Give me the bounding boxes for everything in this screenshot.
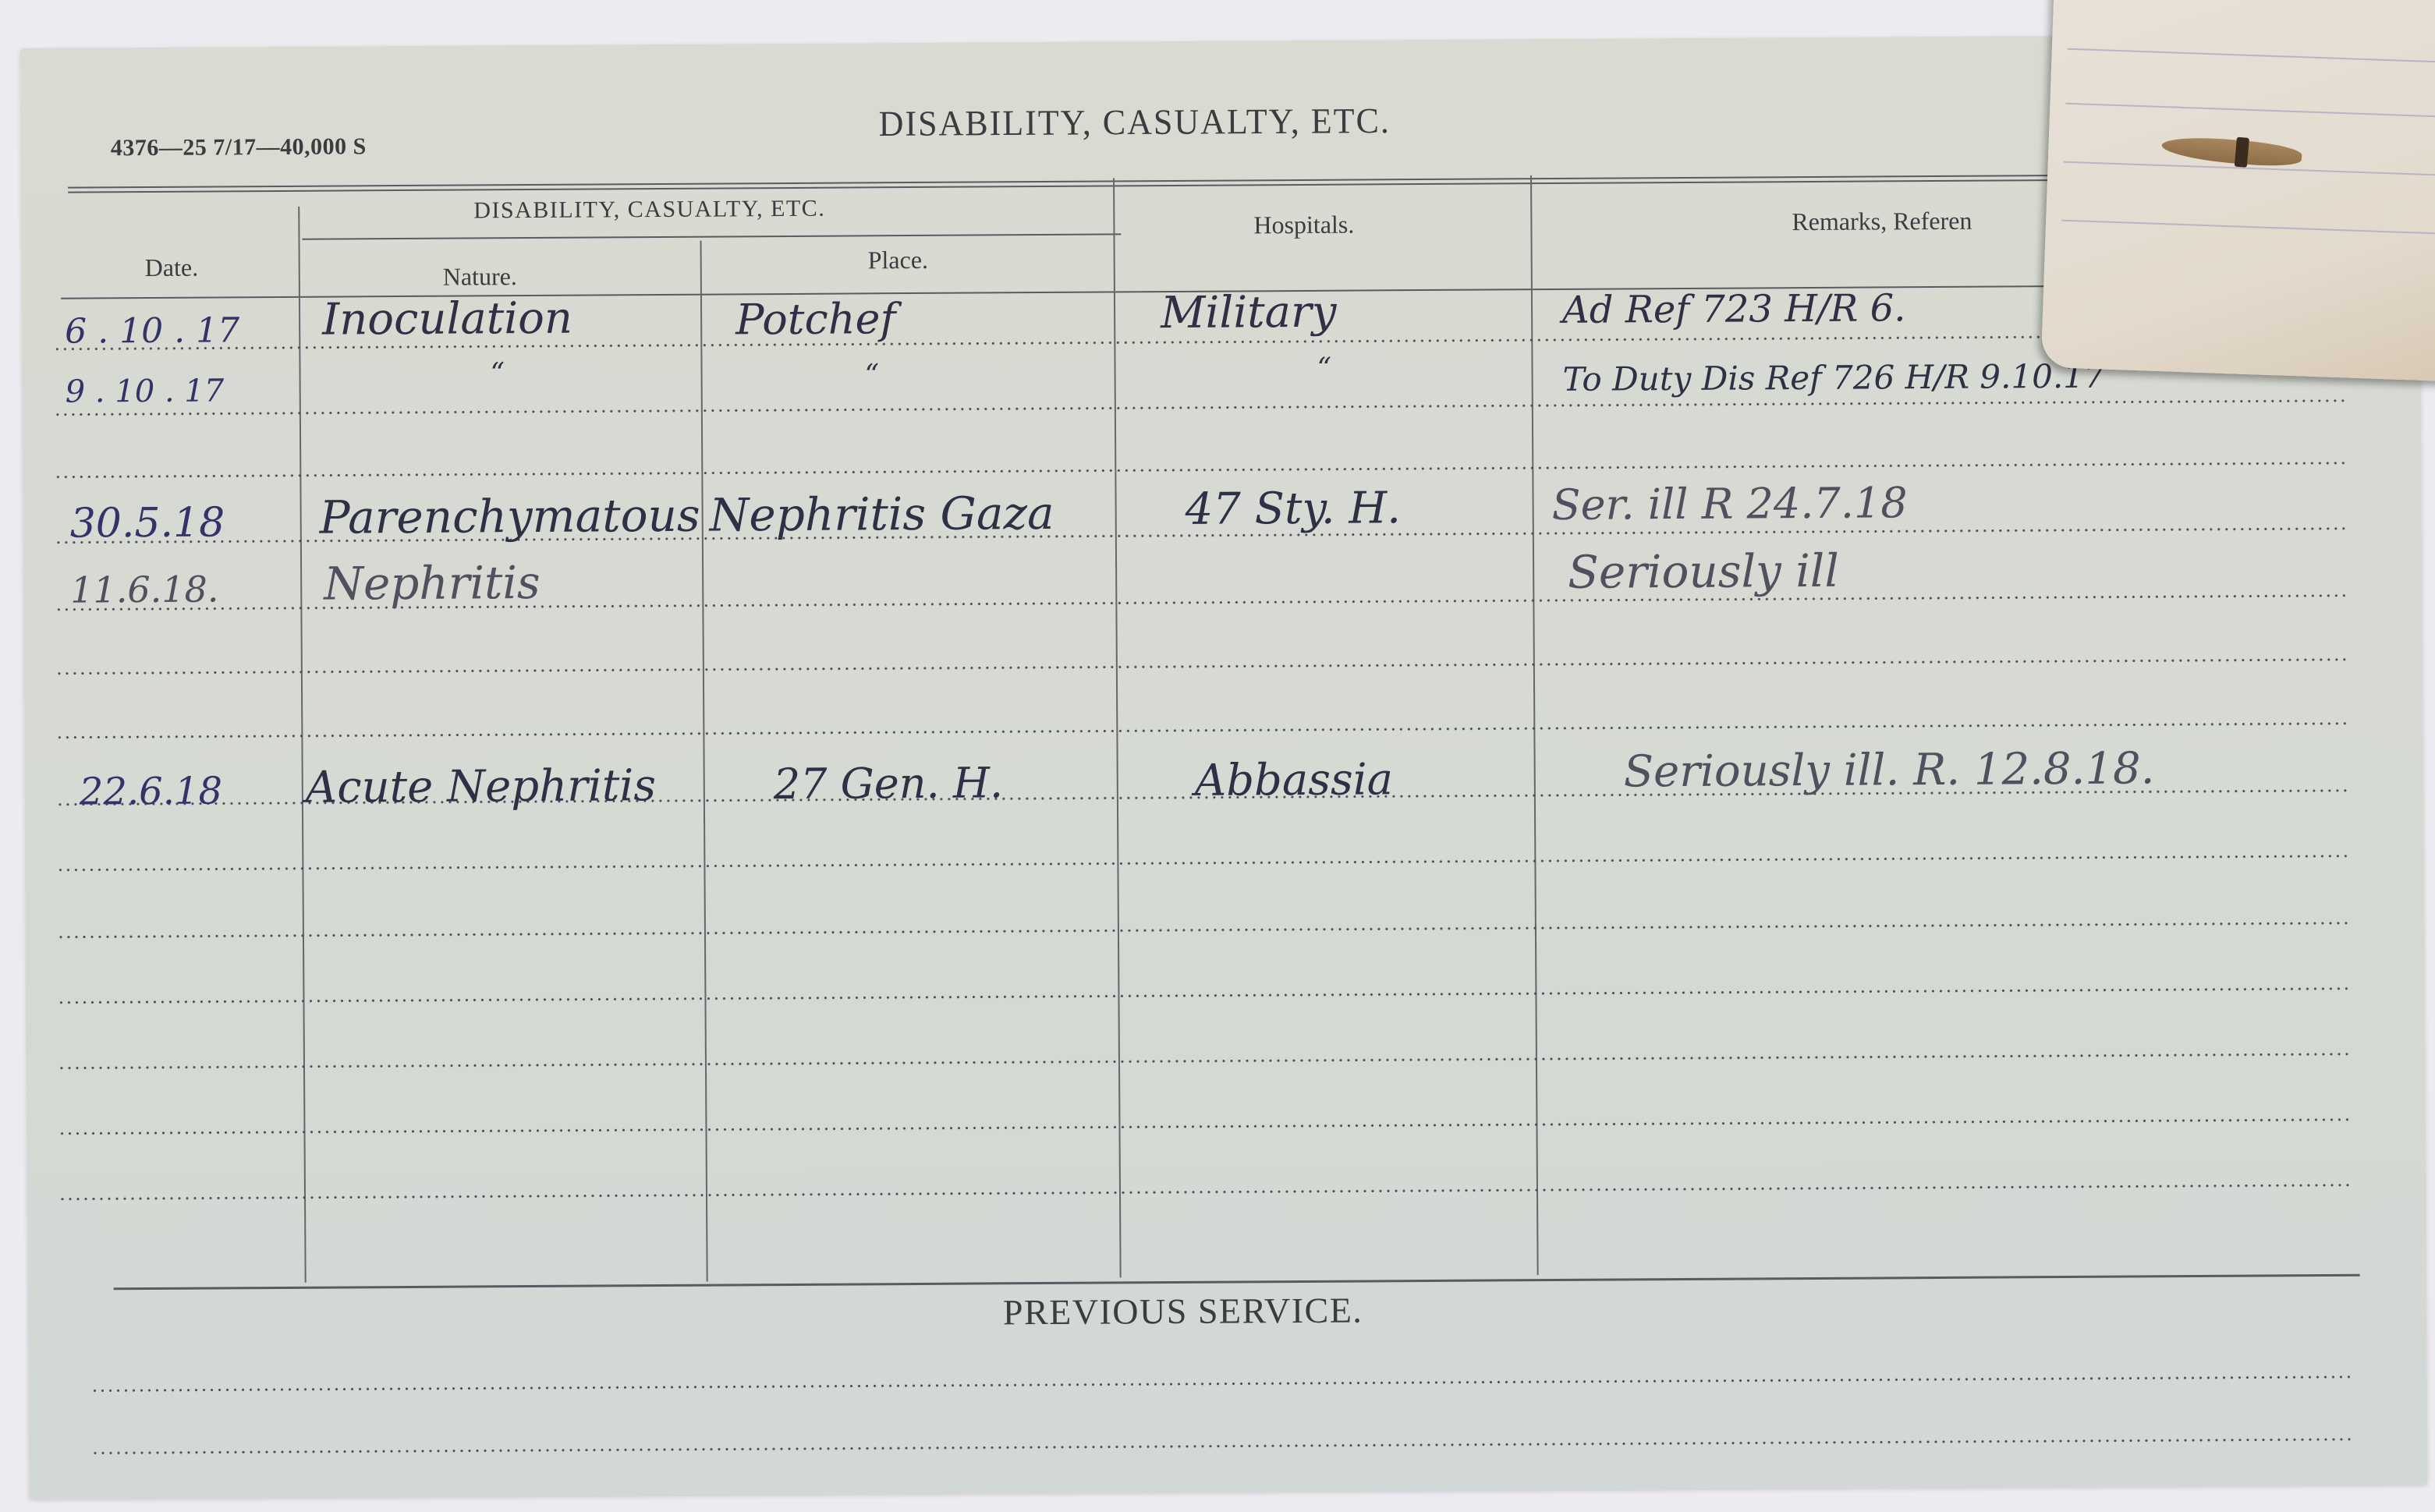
ruled-line [55,722,2348,739]
entry-5-nature: Acute Nephritis [306,760,657,813]
ruled-line [58,1118,2351,1135]
previous-service-line [91,1438,2353,1455]
ruled-line [57,987,2350,1004]
table-bottom-rule [114,1274,2360,1291]
column-header-nature: Nature. [443,262,517,292]
entry-1-date: 6 . 10 . 17 [65,310,239,351]
entry-3-place: Nephritis Gaza [709,487,1054,542]
entry-2-remarks: To Duty Dis Ref 726 H/R 9.10.17 [1562,357,2104,398]
ruled-line [55,658,2348,675]
entry-3-date: 30.5.18 [70,499,225,547]
previous-service-title: PREVIOUS SERVICE. [1003,1290,1363,1333]
entry-2-place: “ [864,359,879,391]
card-title: DISABILITY, CASUALTY, ETC. [878,100,1391,145]
column-group-rule [302,233,1121,239]
ruled-line [58,1184,2352,1201]
entry-3-remarks: Ser. ill R 24.7.18 [1551,478,1907,529]
entry-2-date: 9 . 10 . 17 [66,373,225,409]
ruled-line [54,399,2347,416]
ruled-line [56,855,2349,872]
entry-4-nature: Nephritis [324,556,541,611]
column-header-remarks: Remarks, Referen [1792,207,1972,236]
entry-2-hospital: “ [1317,352,1331,384]
column-divider-nature [700,241,708,1282]
entry-5-hospital: Abbassia [1195,754,1394,806]
entry-1-place: Potchef [735,294,896,344]
ruled-line [54,462,2347,479]
column-header-place: Place. [868,246,929,274]
column-group-title: DISABILITY, CASUALTY, ETC. [473,196,825,225]
entry-5-place: 27 Gen. H. [774,758,1004,809]
entry-5-date: 22.6.18 [80,769,223,813]
attached-slip [2041,0,2435,381]
previous-service-line [91,1376,2353,1393]
entry-3-hospital: 47 Sty. H. [1185,483,1401,535]
entry-1-hospital: Military [1161,287,1337,338]
paper-fastener-icon [2160,133,2302,169]
header-top-rule [68,175,2065,193]
form-code: 4376—25 7/17—40,000 S [111,133,367,161]
slip-rule [2065,103,2435,118]
entry-2-nature: “ [490,357,505,389]
slip-rule [2061,220,2435,235]
entry-3-nature: Parenchymatous [319,489,700,544]
entry-5-remarks: Seriously ill. R. 12.8.18. [1624,743,2155,797]
ruled-line [58,1053,2351,1070]
entry-1-remarks: Ad Ref 723 H/R 6. [1562,286,1906,332]
entry-1-nature: Inoculation [322,293,572,345]
slip-rule [2068,48,2435,63]
column-divider-date [298,207,306,1283]
ruled-line [57,922,2350,939]
column-header-date: Date. [145,253,199,282]
entry-4-remarks: Seriously ill [1568,544,1839,599]
entry-4-date: 11.6.18. [70,568,219,611]
column-header-hospitals: Hospitals. [1253,211,1354,240]
